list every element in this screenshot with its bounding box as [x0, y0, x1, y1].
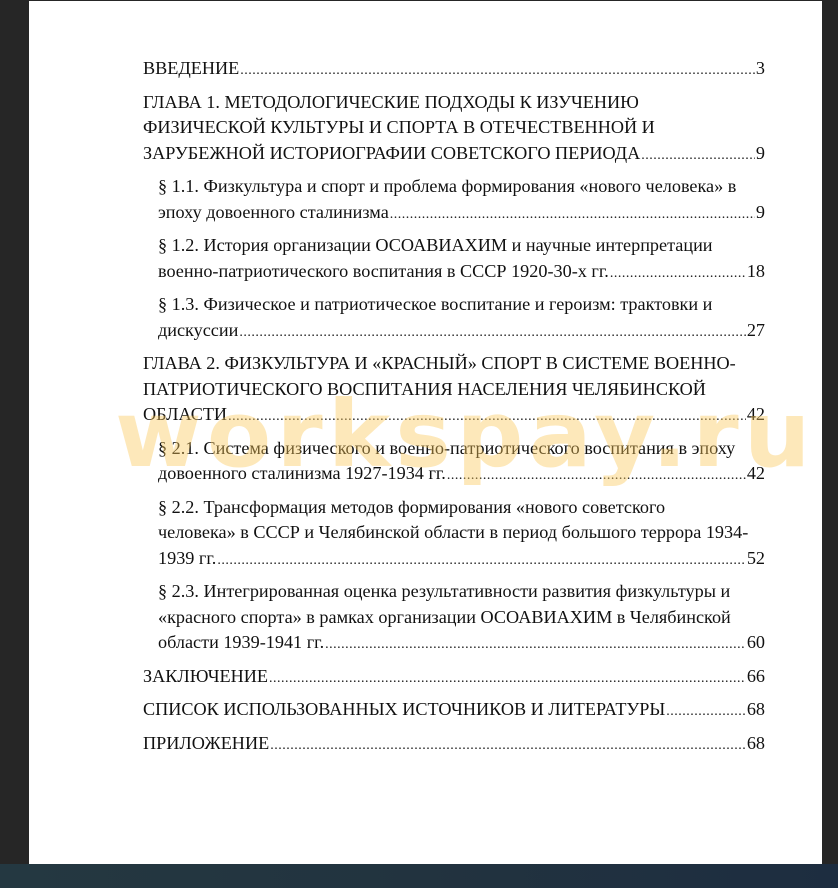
toc-page-number: 52 [747, 546, 765, 572]
toc-entry-last-line: области 1939-1941 гг.60 [158, 630, 765, 658]
toc-entry-line: ГЛАВА 1. МЕТОДОЛОГИЧЕСКИЕ ПОДХОДЫ К ИЗУЧ… [143, 90, 765, 116]
toc-page-number: 9 [756, 141, 765, 167]
toc-subsection-entry[interactable]: § 1.1. Физкультура и спорт и проблема фо… [158, 174, 765, 227]
toc-entry-title: СПИСОК ИСПОЛЬЗОВАННЫХ ИСТОЧНИКОВ И ЛИТЕР… [143, 697, 665, 723]
toc-chapter-entry[interactable]: ГЛАВА 1. МЕТОДОЛОГИЧЕСКИЕ ПОДХОДЫ К ИЗУЧ… [143, 90, 765, 169]
toc-page-number: 68 [747, 731, 765, 757]
leader-dots [217, 548, 745, 574]
toc-entry-last-line: ВВЕДЕНИЕ3 [143, 56, 765, 84]
toc-entry-title: ЗАРУБЕЖНОЙ ИСТОРИОГРАФИИ СОВЕТСКОГО ПЕРИ… [143, 141, 640, 167]
toc-entry-last-line: ЗАРУБЕЖНОЙ ИСТОРИОГРАФИИ СОВЕТСКОГО ПЕРИ… [143, 141, 765, 169]
leader-dots [641, 143, 755, 169]
toc-entry-line: § 1.2. История организации ОСОАВИАХИМ и … [158, 233, 765, 259]
leader-dots [610, 261, 746, 287]
leader-dots [390, 202, 755, 228]
toc-entry-title: довоенного сталинизма 1927-1934 гг. [158, 461, 446, 487]
toc-chapter-entry[interactable]: ГЛАВА 2. ФИЗКУЛЬТУРА И «КРАСНЫЙ» СПОРТ В… [143, 351, 765, 430]
document-page: ВВЕДЕНИЕ3ГЛАВА 1. МЕТОДОЛОГИЧЕСКИЕ ПОДХО… [29, 1, 822, 864]
leader-dots [447, 463, 746, 489]
toc-chapter-entry[interactable]: ПРИЛОЖЕНИЕ68 [143, 731, 765, 759]
toc-entry-last-line: СПИСОК ИСПОЛЬЗОВАННЫХ ИСТОЧНИКОВ И ЛИТЕР… [143, 697, 765, 725]
toc-subsection-entry[interactable]: § 2.3. Интегрированная оценка результати… [158, 579, 765, 658]
toc-entry-line: § 2.3. Интегрированная оценка результати… [158, 579, 765, 605]
toc-page-number: 42 [747, 402, 765, 428]
toc-entry-title: ОБЛАСТИ [143, 402, 227, 428]
toc-entry-line: § 1.1. Физкультура и спорт и проблема фо… [158, 174, 765, 200]
toc-entry-title: эпоху довоенного сталинизма [158, 200, 389, 226]
toc-entry-line: ГЛАВА 2. ФИЗКУЛЬТУРА И «КРАСНЫЙ» СПОРТ В… [143, 351, 765, 377]
toc-page-number: 27 [747, 318, 765, 344]
toc-entry-title: ПРИЛОЖЕНИЕ [143, 731, 269, 757]
toc-subsection-entry[interactable]: § 2.1. Система физического и военно-патр… [158, 436, 765, 489]
toc-entry-title: ЗАКЛЮЧЕНИЕ [143, 664, 268, 690]
leader-dots [325, 632, 746, 658]
toc-entry-title: 1939 гг. [158, 546, 216, 572]
leader-dots [240, 58, 755, 84]
toc-entry-title: ВВЕДЕНИЕ [143, 56, 239, 82]
table-of-contents: ВВЕДЕНИЕ3ГЛАВА 1. МЕТОДОЛОГИЧЕСКИЕ ПОДХО… [143, 56, 765, 764]
leader-dots [228, 404, 746, 430]
toc-chapter-entry[interactable]: СПИСОК ИСПОЛЬЗОВАННЫХ ИСТОЧНИКОВ И ЛИТЕР… [143, 697, 765, 725]
leader-dots [666, 699, 746, 725]
toc-entry-last-line: довоенного сталинизма 1927-1934 гг.42 [158, 461, 765, 489]
toc-page-number: 18 [747, 259, 765, 285]
toc-entry-line: человека» в СССР и Челябинской области в… [158, 520, 765, 546]
toc-page-number: 9 [756, 200, 765, 226]
toc-entry-title: дискуссии [158, 318, 238, 344]
toc-entry-last-line: 1939 гг.52 [158, 546, 765, 574]
toc-entry-last-line: эпоху довоенного сталинизма9 [158, 200, 765, 228]
toc-page-number: 66 [747, 664, 765, 690]
toc-entry-last-line: дискуссии27 [158, 318, 765, 346]
toc-entry-line: § 2.1. Система физического и военно-патр… [158, 436, 765, 462]
toc-subsection-entry[interactable]: § 1.2. История организации ОСОАВИАХИМ и … [158, 233, 765, 286]
toc-entry-last-line: военно-патриотического воспитания в СССР… [158, 259, 765, 287]
toc-entry-last-line: ЗАКЛЮЧЕНИЕ66 [143, 664, 765, 692]
toc-entry-line: ФИЗИЧЕСКОЙ КУЛЬТУРЫ И СПОРТА В ОТЕЧЕСТВЕ… [143, 115, 765, 141]
leader-dots [239, 320, 745, 346]
toc-page-number: 3 [756, 56, 765, 82]
toc-chapter-entry[interactable]: ЗАКЛЮЧЕНИЕ66 [143, 664, 765, 692]
toc-page-number: 68 [747, 697, 765, 723]
toc-entry-last-line: ПРИЛОЖЕНИЕ68 [143, 731, 765, 759]
leader-dots [269, 666, 746, 692]
leader-dots [270, 733, 746, 759]
toc-entry-title: военно-патриотического воспитания в СССР… [158, 259, 609, 285]
toc-entry-last-line: ОБЛАСТИ42 [143, 402, 765, 430]
toc-entry-line: ПАТРИОТИЧЕСКОГО ВОСПИТАНИЯ НАСЕЛЕНИЯ ЧЕЛ… [143, 377, 765, 403]
toc-page-number: 42 [747, 461, 765, 487]
toc-chapter-entry[interactable]: ВВЕДЕНИЕ3 [143, 56, 765, 84]
toc-entry-line: «красного спорта» в рамках организации О… [158, 605, 765, 631]
toc-subsection-entry[interactable]: § 1.3. Физическое и патриотическое воспи… [158, 292, 765, 345]
toc-entry-title: области 1939-1941 гг. [158, 630, 324, 656]
bottom-taskbar-strip [0, 864, 838, 888]
toc-entry-line: § 1.3. Физическое и патриотическое воспи… [158, 292, 765, 318]
toc-entry-line: § 2.2. Трансформация методов формировани… [158, 495, 765, 521]
toc-page-number: 60 [747, 630, 765, 656]
toc-subsection-entry[interactable]: § 2.2. Трансформация методов формировани… [158, 495, 765, 574]
